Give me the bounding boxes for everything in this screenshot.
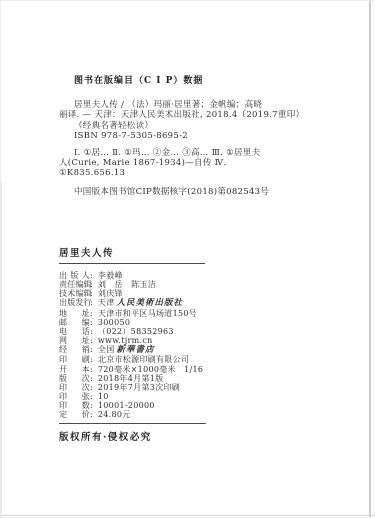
colophon-block: 居里夫人传 出版人:李毅峰 责任编辑:刘 岳 陈玉洁 技术编辑:刘庆锋 出版发行… xyxy=(59,245,324,443)
cip-description-line: 丽译. — 天津：天津人民美术出版社, 2018.4（2019.7重印） xyxy=(59,110,344,120)
field-label: 邮编 xyxy=(59,318,90,327)
cip-data-block: 图书在版编目（C I P）数据 居里夫人传 / （法）玛丽·居里著；金帆编；高晓… xyxy=(59,73,344,197)
field-label: 开本 xyxy=(59,365,90,374)
field-colon: : xyxy=(90,298,93,307)
colophon-row-website: 网址:www.tjrm.cn xyxy=(59,336,324,345)
cip-record-number: 中国版本图书馆CIP数据核字(2018)第082543号 xyxy=(59,187,344,197)
colophon-rows: 出版人:李毅峰 责任编辑:刘 岳 陈玉洁 技术编辑:刘庆锋 出版发行:天津人民美… xyxy=(59,271,324,420)
field-label: 印刷 xyxy=(59,355,90,364)
field-label: 电话 xyxy=(59,327,90,336)
field-value: 全国 xyxy=(98,345,115,354)
cip-classification-line: 人(Curie, Marie 1867-1934)—自传 Ⅳ. xyxy=(59,158,344,168)
field-value: www.tjrm.cn xyxy=(98,336,153,345)
field-colon: : xyxy=(90,309,93,318)
field-colon: : xyxy=(90,383,93,392)
colophon-row-impression: 印次:2019年7月第3次印刷 xyxy=(59,383,324,392)
field-value: 刘 岳 陈玉洁 xyxy=(98,280,156,289)
colophon-row-editors: 责任编辑:刘 岳 陈玉洁 xyxy=(59,280,324,289)
field-colon: : xyxy=(90,345,93,354)
colophon-row-edition: 版次:2018年4月第1版 xyxy=(59,374,324,383)
field-colon: : xyxy=(90,318,93,327)
field-value: （022）58352963 xyxy=(98,327,174,336)
scan-edge-left xyxy=(1,181,2,518)
colophon-row-print-run: 印数:10001-20000 xyxy=(59,401,324,410)
field-value: 天津市和平区马场道150号 xyxy=(98,309,197,318)
field-label: 出版发行 xyxy=(59,298,90,307)
distributor-calligraphy-logo: 新華書店 xyxy=(117,345,155,355)
colophon-row-publisher: 出版发行:天津人民美術出版社 xyxy=(59,298,324,308)
field-label: 地址 xyxy=(59,309,90,318)
field-value: 300050 xyxy=(98,318,130,327)
cip-isbn-line: ISBN 978-7-5305-8695-2 xyxy=(59,131,344,141)
colophon-row-phone: 电话:（022）58352963 xyxy=(59,327,324,336)
field-value: 10 xyxy=(98,392,109,401)
cip-classification-line: ①K835.656.13 xyxy=(59,168,344,178)
field-value: 北京市松源印刷有限公司 xyxy=(98,355,189,364)
field-colon: : xyxy=(90,365,93,374)
field-colon: : xyxy=(90,392,93,401)
cip-description-line: 居里夫人传 / （法）玛丽·居里著；金帆编；高晓 xyxy=(59,100,344,110)
colophon-row-price: 定价:24.80元 xyxy=(59,410,324,419)
cip-heading: 图书在版编目（C I P）数据 xyxy=(59,73,344,86)
field-value: 刘庆锋 xyxy=(98,289,123,298)
field-label: 版次 xyxy=(59,374,90,383)
colophon-row-distributor: 经销:全国新華書店 xyxy=(59,345,324,355)
field-colon: : xyxy=(90,401,93,410)
field-value: 720毫米×1000毫米 1/16 xyxy=(98,365,203,374)
colophon-row-printer: 印刷:北京市松源印刷有限公司 xyxy=(59,355,324,364)
field-label: 印数 xyxy=(59,401,90,410)
field-label: 定价 xyxy=(59,410,90,419)
scan-edge-bottom xyxy=(1,515,374,516)
field-colon: : xyxy=(90,336,93,345)
field-label: 责任编辑 xyxy=(59,280,90,289)
field-label: 印次 xyxy=(59,383,90,392)
book-title: 居里夫人传 xyxy=(59,245,205,264)
field-colon: : xyxy=(90,280,93,289)
cip-series-line: （经典名著轻松读） xyxy=(59,121,344,131)
field-colon: : xyxy=(90,271,93,280)
colophon-row-postcode: 邮编:300050 xyxy=(59,318,324,327)
book-copyright-page: 图书在版编目（C I P）数据 居里夫人传 / （法）玛丽·居里著；金帆编；高晓… xyxy=(0,0,375,518)
field-colon: : xyxy=(90,355,93,364)
divider-rule xyxy=(59,423,206,424)
field-value: 24.80元 xyxy=(98,410,131,419)
field-value: 天津 xyxy=(98,298,115,307)
field-colon: : xyxy=(90,327,93,336)
cip-description: 居里夫人传 / （法）玛丽·居里著；金帆编；高晓 丽译. — 天津：天津人民美术… xyxy=(59,100,344,142)
colophon-row-sheets: 印张:10 xyxy=(59,392,324,401)
colophon-row-address: 地址:天津市和平区马场道150号 xyxy=(59,309,324,318)
field-value: 李毅峰 xyxy=(98,271,123,280)
cip-classification-line: Ⅰ. ①居… Ⅱ. ①玛… ②金… ③高… Ⅲ. ①居里夫 xyxy=(59,148,344,158)
field-colon: : xyxy=(90,410,93,419)
field-label: 出版人 xyxy=(59,271,90,280)
field-value: 2019年7月第3次印刷 xyxy=(98,383,180,392)
scan-edge-right xyxy=(369,1,371,517)
field-value: 2018年4月第1版 xyxy=(98,374,164,383)
field-label: 经销 xyxy=(59,345,90,354)
field-colon: : xyxy=(90,374,93,383)
cip-classification: Ⅰ. ①居… Ⅱ. ①玛… ②金… ③高… Ⅲ. ①居里夫 人(Curie, M… xyxy=(59,148,344,179)
field-label: 印张 xyxy=(59,392,90,401)
publisher-calligraphy-logo: 人民美術出版社 xyxy=(117,298,184,308)
field-label: 网址 xyxy=(59,336,90,345)
colophon-row-format: 开本:720毫米×1000毫米 1/16 xyxy=(59,365,324,374)
copyright-notice: 版权所有·侵权必究 xyxy=(59,429,324,443)
colophon-row-publisher-person: 出版人:李毅峰 xyxy=(59,271,324,280)
field-value: 10001-20000 xyxy=(98,401,155,410)
